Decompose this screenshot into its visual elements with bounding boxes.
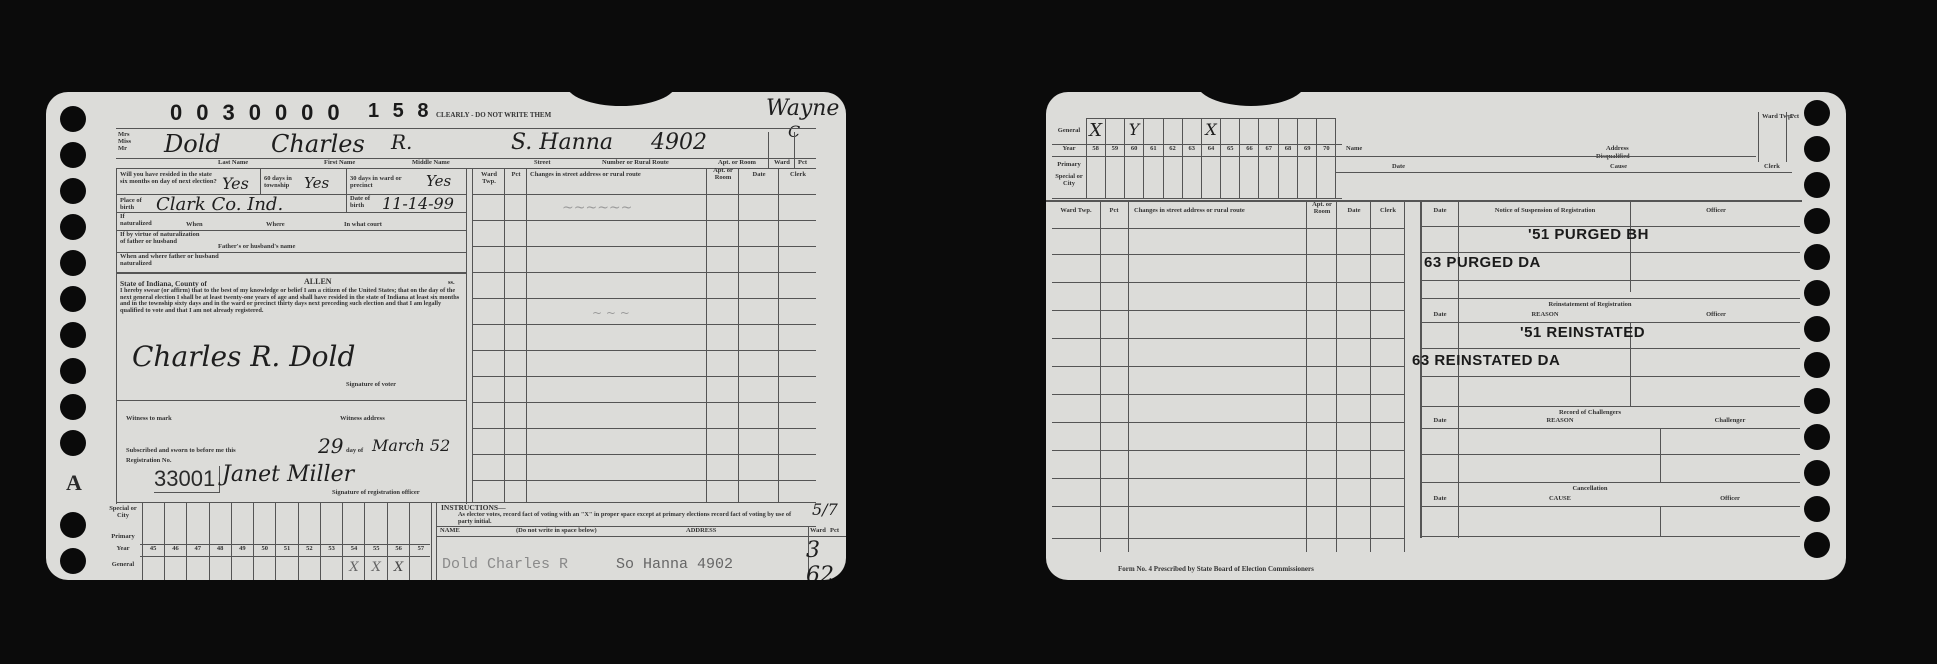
cancellation-header-date: Date xyxy=(1422,496,1458,503)
header-ward-twp: Ward Twp. xyxy=(1052,208,1100,215)
punch-hole-icon xyxy=(60,250,86,276)
street-name: S. Hanna xyxy=(511,130,613,155)
punch-hole-icon xyxy=(1804,532,1830,558)
punch-hole-icon xyxy=(60,214,86,240)
punch-hole-icon xyxy=(1804,424,1830,450)
sworn-month: March 52 xyxy=(372,436,450,455)
challengers-header-reason: REASON xyxy=(1460,418,1660,425)
label-father-husband-name: Father's or husband's name xyxy=(218,244,295,251)
form-footer: Form No. 4 Prescribed by State Board of … xyxy=(1118,566,1314,573)
punch-hole-icon xyxy=(60,178,86,204)
label-by-virtue: If by virtue of naturalization of father… xyxy=(120,232,200,246)
header-instruction: CLEARLY - DO NOT WRITE THEM xyxy=(436,111,551,119)
registration-status-panel: Date Notice of Suspension of Registratio… xyxy=(1420,202,1800,538)
punch-hole-icon xyxy=(60,548,86,574)
label-when: When xyxy=(186,222,203,229)
header-pct: Pct xyxy=(1100,208,1128,215)
label-signature-voter: Signature of voter xyxy=(346,382,396,389)
header-clerk: Clerk xyxy=(1372,208,1404,215)
label-if-naturalized: If naturalized xyxy=(120,214,158,228)
answer-thirty-days: Yes xyxy=(426,172,451,190)
general-marks-row: X Y X xyxy=(1086,120,1336,144)
header-clerk: Clerk xyxy=(780,172,816,179)
stamp-reinstated-51: '51 REINSTATED xyxy=(1520,324,1645,341)
general-marks-row: X X X xyxy=(142,560,432,578)
voter-signature: Charles R. Dold xyxy=(132,340,355,373)
label-sixty-days: 60 days in township xyxy=(264,176,304,190)
erased-entry: ~ ~ ~ xyxy=(592,306,630,320)
row-label-year: Year xyxy=(1052,146,1086,153)
label-pct: Pct xyxy=(798,160,807,167)
answer-sixty-days: Yes xyxy=(304,174,329,192)
label-date-of-birth: Date of birth xyxy=(350,196,380,210)
punch-hole-icon xyxy=(1804,352,1830,378)
label-pct: Pct xyxy=(1790,114,1799,121)
label-last-name: Last Name xyxy=(218,160,248,167)
label-day-of: day of xyxy=(346,448,363,455)
punch-hole-icon xyxy=(60,322,86,348)
label-number-rural: Number or Rural Route xyxy=(602,160,669,167)
address-change-table: Ward Twp. Pct Changes in street address … xyxy=(472,168,816,502)
strip-address-label: ADDRESS xyxy=(686,528,716,535)
label-first-name: First Name xyxy=(324,160,355,167)
punch-hole-icon xyxy=(60,394,86,420)
reinstatement-title: Reinstatement of Registration xyxy=(1460,302,1720,309)
registration-card-front: 0030000 1 5 8 CLEARLY - DO NOT WRITE THE… xyxy=(46,92,846,580)
header-apt-room: Apt. or Room xyxy=(1308,202,1336,216)
row-label-general: General xyxy=(1052,128,1086,135)
serial-tail: 1 5 8 xyxy=(368,100,432,123)
year-row: 58 59 60 61 62 63 64 65 66 67 68 69 70 xyxy=(1086,146,1336,156)
label-ward: Ward xyxy=(774,160,790,167)
oath-text: I hereby swear (or affirm) that to the b… xyxy=(120,288,460,314)
label-ward-twp: Ward Twp. xyxy=(1762,114,1793,121)
punch-hole-icon xyxy=(1804,100,1830,126)
label-resided-six-months: Will you have resided in the state six m… xyxy=(120,172,218,186)
reinstatement-header-officer: Officer xyxy=(1632,312,1800,319)
header-pct: Pct xyxy=(506,172,526,179)
address-change-table-back: Ward Twp. Pct Changes in street address … xyxy=(1052,202,1422,552)
punch-hole-icon xyxy=(60,106,86,132)
label-where: Where xyxy=(266,222,285,229)
date-of-birth: 11-14-99 xyxy=(382,194,454,213)
serial-number: 0030000 xyxy=(170,100,354,126)
registrar-signature: Janet Miller xyxy=(222,462,354,487)
row-label-primary: Primary xyxy=(106,534,140,541)
handwritten-ward-pct: 3 62 xyxy=(806,538,846,580)
strip-do-not-write: (Do not write in space below) xyxy=(516,528,597,535)
row-label-primary: Primary xyxy=(1052,162,1086,169)
label-name: Name xyxy=(1346,146,1362,153)
reinstatement-header-reason: REASON xyxy=(1460,312,1630,319)
oath-ss: ss. xyxy=(448,280,455,287)
typed-address: So Hanna 4902 xyxy=(616,556,733,573)
punch-hole-icon xyxy=(1804,280,1830,306)
cancellation-title: Cancellation xyxy=(1460,486,1720,493)
punch-hole-icon xyxy=(1804,244,1830,270)
erased-entry: ~~~~~~ xyxy=(562,200,632,216)
prefix-mr: Mr xyxy=(118,146,131,153)
row-label-special: Special or City xyxy=(106,506,140,520)
row-label-general: General xyxy=(106,562,140,569)
label-when-where-father: When and where father or husband natural… xyxy=(120,254,220,268)
punch-hole-icon xyxy=(1804,496,1830,522)
strip-name-label: NAME xyxy=(440,528,460,535)
header-date: Date xyxy=(1338,208,1370,215)
suspension-header-notice: Notice of Suspension of Registration xyxy=(1460,208,1630,215)
label-in-what-court: In what court xyxy=(344,222,382,229)
side-letter: A xyxy=(66,470,82,496)
punch-hole-icon xyxy=(1804,316,1830,342)
challengers-title: Record of Challengers xyxy=(1460,410,1720,417)
sworn-day: 29 xyxy=(318,434,343,458)
stamp-purged-63: 63 PURGED DA xyxy=(1424,254,1541,271)
label-witness-address: Witness address xyxy=(340,416,385,423)
instructions-text: As elector votes, record fact of voting … xyxy=(458,512,798,525)
cancellation-header-cause: CAUSE xyxy=(1460,496,1660,503)
card-notch xyxy=(1196,92,1306,106)
header-changes: Changes in street address or rural route xyxy=(530,172,706,179)
handwritten-corner-note: 5/7 xyxy=(812,500,838,519)
stamp-purged-51: '51 PURGED BH xyxy=(1528,226,1649,243)
last-name: Dold xyxy=(164,130,221,158)
strip-ward-label: Ward xyxy=(810,528,826,535)
cancellation-header-officer: Officer xyxy=(1660,496,1800,503)
voting-record-grid-back: General Year Primary Special or City X Y… xyxy=(1052,118,1338,200)
label-signature-officer: Signature of registration officer xyxy=(332,490,420,497)
header-changes: Changes in street address or rural route xyxy=(1134,208,1304,215)
middle-name: R. xyxy=(391,130,412,154)
header-apt-room: Apt. or Room xyxy=(708,168,738,182)
punch-hole-icon xyxy=(1804,136,1830,162)
suspension-header-date: Date xyxy=(1422,208,1458,215)
challengers-header-challenger: Challenger xyxy=(1660,418,1800,425)
reinstatement-header-date: Date xyxy=(1422,312,1458,319)
punch-hole-icon xyxy=(60,358,86,384)
label-subscribed: Subscribed and sworn to before me this xyxy=(126,448,236,455)
punch-hole-icon xyxy=(1804,388,1830,414)
punch-hole-icon xyxy=(60,430,86,456)
header-ward-twp: Ward Twp. xyxy=(474,172,504,186)
punch-hole-icon xyxy=(60,286,86,312)
typed-name: Dold Charles R xyxy=(442,556,568,573)
card-notch xyxy=(566,92,676,106)
stamp-reinstated-63: 63 REINSTATED DA xyxy=(1412,352,1560,369)
voting-record-grid-front: Special or City Primary Year General 45 … xyxy=(106,502,436,580)
punch-hole-icon xyxy=(1804,460,1830,486)
header-date: Date xyxy=(740,172,778,179)
answer-resided: Yes xyxy=(222,174,249,193)
suspension-header-officer: Officer xyxy=(1632,208,1800,215)
label-street: Street xyxy=(534,160,550,167)
first-name: Charles xyxy=(271,130,365,158)
row-label-year: Year xyxy=(106,546,140,553)
row-label-special: Special or City xyxy=(1052,174,1086,188)
punch-hole-icon xyxy=(1804,208,1830,234)
oath-county: ALLEN xyxy=(304,278,332,286)
label-thirty-days: 30 days in ward or precinct xyxy=(350,176,402,190)
label-registration-no: Registration No. xyxy=(126,458,172,465)
punch-hole-icon xyxy=(60,142,86,168)
punch-hole-icon xyxy=(1804,172,1830,198)
handwritten-township: Wayne xyxy=(766,96,839,121)
label-clerk: Clerk xyxy=(1764,164,1780,171)
challengers-header-date: Date xyxy=(1422,418,1458,425)
label-cause: Cause xyxy=(1610,164,1627,171)
label-middle-name: Middle Name xyxy=(412,160,450,167)
label-apt-room: Apt. or Room xyxy=(718,160,756,167)
strip-pct-label: Pct xyxy=(830,528,839,535)
registration-card-back: General Year Primary Special or City X Y… xyxy=(1046,92,1846,580)
house-number: 4902 xyxy=(651,130,707,155)
label-address: Address xyxy=(1606,146,1629,153)
label-date: Date xyxy=(1392,164,1405,171)
label-witness-to-mark: Witness to mark xyxy=(126,416,172,423)
punch-hole-icon xyxy=(60,512,86,538)
registration-number: 33001 xyxy=(154,466,220,493)
label-place-of-birth: Place of birth xyxy=(120,198,150,212)
